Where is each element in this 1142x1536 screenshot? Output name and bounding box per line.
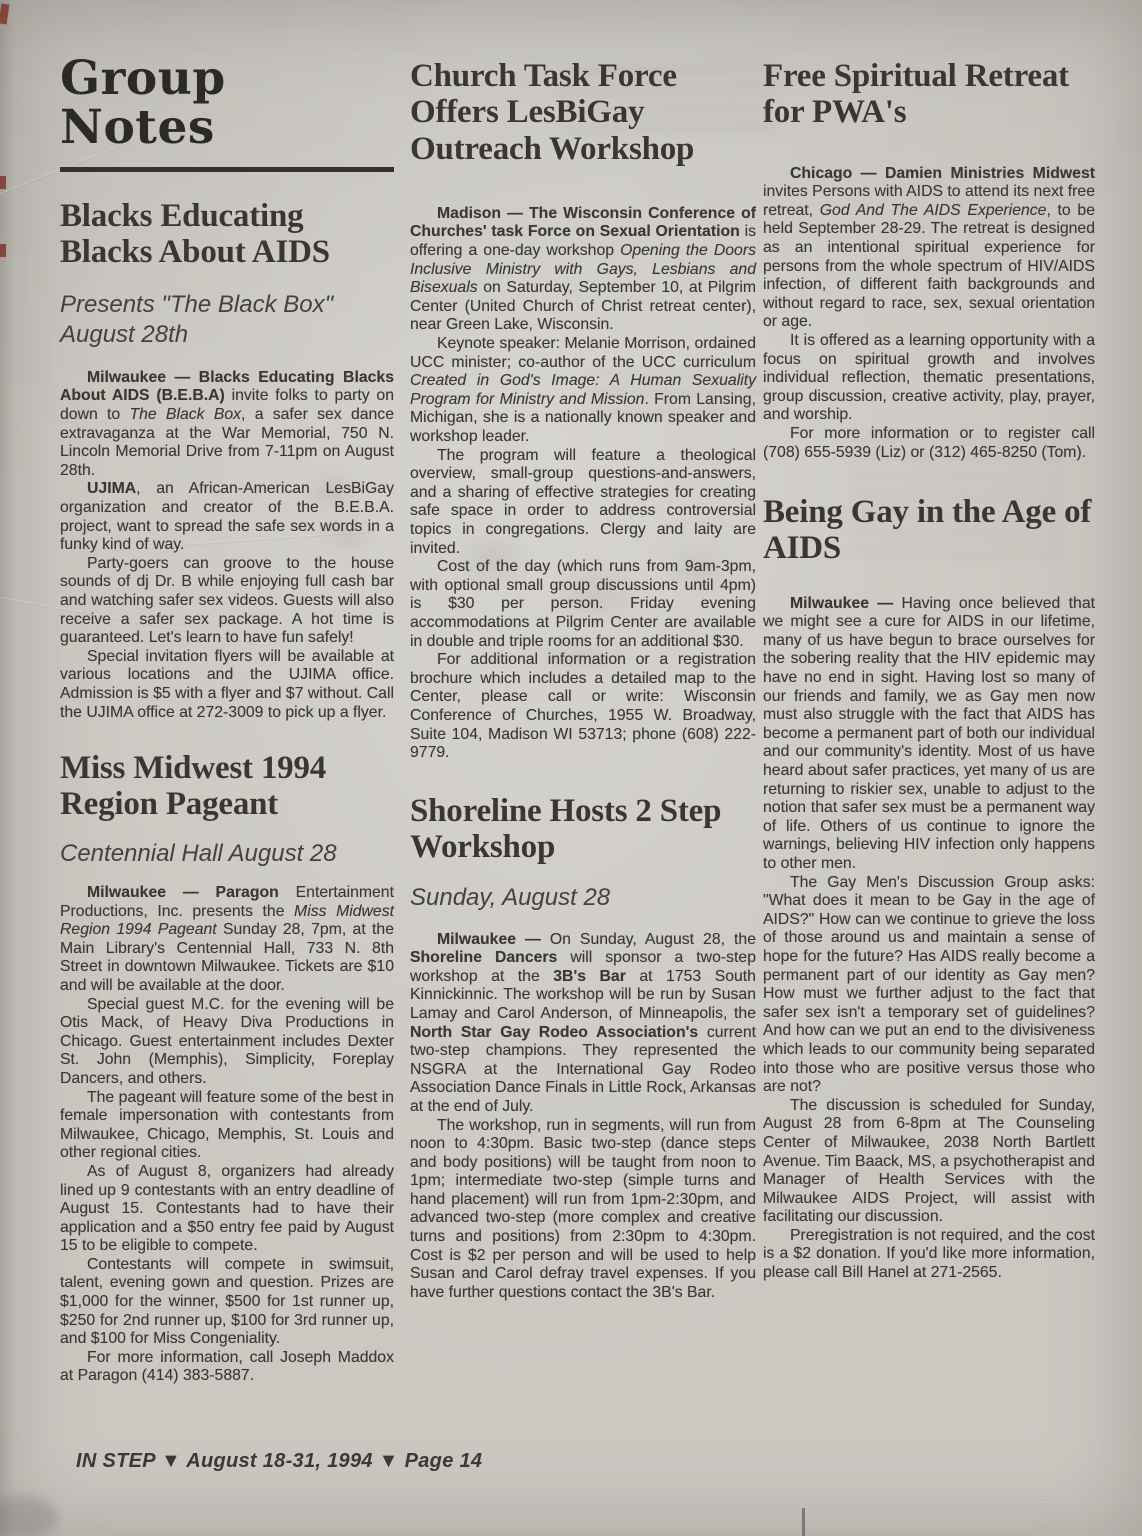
article-paragraph: Milwaukee — Paragon Entertainment Produc… [60,884,394,996]
article-body: Milwaukee — Having once believed that we… [763,595,1095,1283]
page-footer: IN STEP ▼ August 18-31, 1994 ▼ Page 14 [76,1450,482,1473]
article-paragraph: Preregistration is not required, and the… [763,1227,1095,1283]
article-shoreline-two-step: Shoreline Hosts 2 Step Workshop Sunday, … [410,793,756,1303]
article-body: Milwaukee — On Sunday, August 28, the Sh… [410,931,756,1303]
section-masthead: Group Notes [60,55,394,153]
article-body: Madison — The Wisconsin Conference of Ch… [410,205,756,763]
article-paragraph: Special invitation flyers will be availa… [60,648,394,722]
article-headline: Blacks Educating Blacks About AIDS [60,198,394,271]
masthead-rule [60,167,394,172]
article-headline: Miss Midwest 1994 Region Pageant [60,750,394,823]
article-paragraph: Chicago — Damien Ministries Midwest invi… [763,165,1095,332]
article-paragraph: For more information or to register call… [763,425,1095,462]
article-subhead: Sunday, August 28 [410,883,756,912]
newspaper-page: Group Notes Blacks Educating Blacks Abou… [0,0,1142,1536]
article-paragraph: The workshop, run in segments, will run … [410,1117,756,1303]
article-paragraph: The discussion is scheduled for Sunday, … [763,1097,1095,1227]
article-paragraph: For more information, call Joseph Maddox… [60,1349,394,1386]
article-body: Chicago — Damien Ministries Midwest invi… [763,165,1095,463]
article-subhead: Presents "The Black Box" August 28th [60,290,394,349]
article-headline: Shoreline Hosts 2 Step Workshop [410,793,756,866]
article-body: Milwaukee — Blacks Educating Blacks Abou… [60,369,394,722]
article-church-task-force: Church Task Force Offers LesBiGay Outrea… [410,58,756,763]
paper-crease [0,1502,1142,1504]
article-subhead: Centennial Hall August 28 [60,839,394,868]
article-blacks-educating-blacks: Blacks Educating Blacks About AIDS Prese… [60,198,394,722]
red-edge-mark [0,4,9,25]
article-paragraph: Cost of the day (which runs from 9am-3pm… [410,558,756,651]
article-paragraph: Contestants will compete in swimsuit, ta… [60,1256,394,1349]
article-paragraph: It is offered as a learning opportunity … [763,332,1095,425]
article-being-gay-age-of-aids: Being Gay in the Age of AIDS Milwaukee —… [763,494,1095,1283]
article-paragraph: Milwaukee — Having once believed that we… [763,595,1095,874]
article-headline: Free Spiritual Retreat for PWA's [763,58,1095,131]
column-middle: Church Task Force Offers LesBiGay Outrea… [410,0,756,1302]
column-left: Group Notes Blacks Educating Blacks Abou… [60,0,394,1386]
article-headline: Church Task Force Offers LesBiGay Outrea… [410,58,756,167]
article-paragraph: Milwaukee — On Sunday, August 28, the Sh… [410,931,756,1117]
article-paragraph: The Gay Men's Discussion Group asks: "Wh… [763,874,1095,1097]
article-paragraph: Special guest M.C. for the evening will … [60,996,394,1089]
article-headline: Being Gay in the Age of AIDS [763,494,1095,567]
article-body: Milwaukee — Paragon Entertainment Produc… [60,884,394,1386]
article-paragraph: Keynote speaker: Melanie Morrison, ordai… [410,335,756,447]
article-miss-midwest-pageant: Miss Midwest 1994 Region Pageant Centenn… [60,750,394,1386]
red-edge-mark [0,244,6,257]
article-paragraph: As of August 8, organizers had already l… [60,1163,394,1256]
scan-edge-mark [802,1508,805,1536]
article-paragraph: For additional information or a registra… [410,651,756,763]
article-paragraph: Madison — The Wisconsin Conference of Ch… [410,205,756,335]
article-paragraph: The pageant will feature some of the bes… [60,1089,394,1163]
article-paragraph: UJIMA, an African-American LesBiGay orga… [60,480,394,554]
column-right: Free Spiritual Retreat for PWA's Chicago… [763,0,1095,1283]
article-paragraph: Milwaukee — Blacks Educating Blacks Abou… [60,369,394,481]
article-free-spiritual-retreat: Free Spiritual Retreat for PWA's Chicago… [763,58,1095,462]
article-paragraph: The program will feature a theological o… [410,447,756,559]
red-edge-mark [0,176,6,189]
article-paragraph: Party-goers can groove to the house soun… [60,555,394,648]
